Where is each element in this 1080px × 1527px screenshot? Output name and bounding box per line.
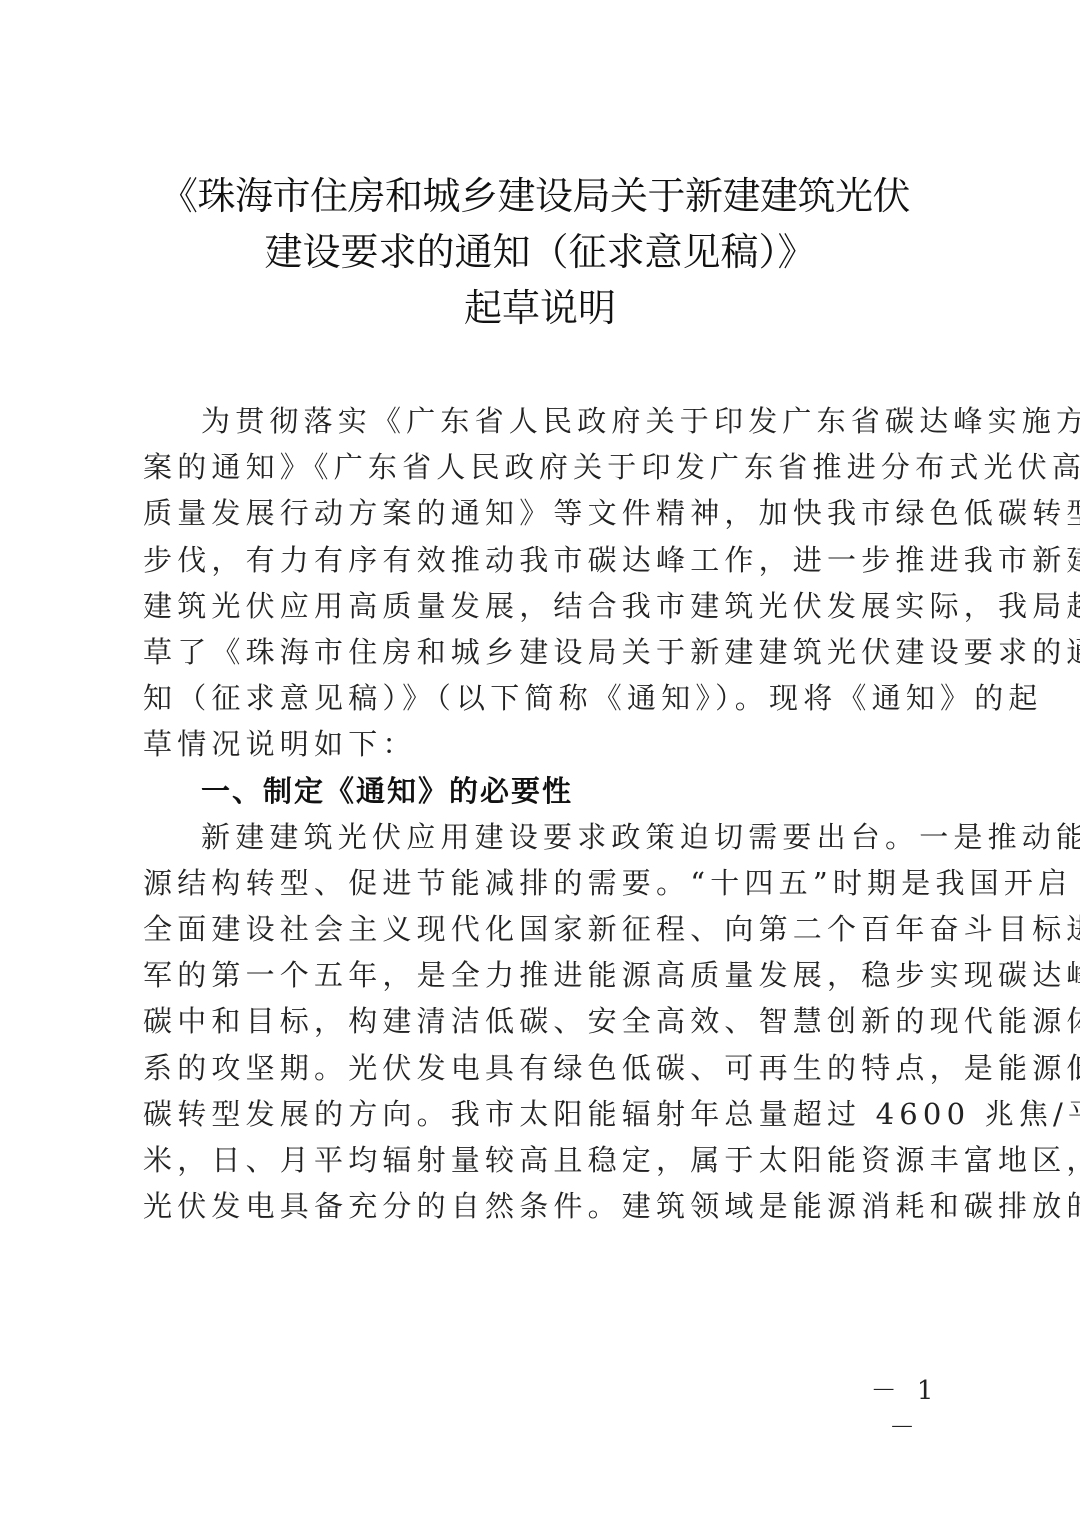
- text-line: 米，日、月平均辐射量较高且稳定，属于太阳能资源丰富地区，: [143, 1137, 943, 1183]
- text-line: 案的通知》《广东省人民政府关于印发广东省推进分布式光伏高: [143, 444, 943, 490]
- title-line-3: 起草说明: [140, 280, 940, 336]
- text-line: 碳中和目标，构建清洁低碳、安全高效、智慧创新的现代能源体: [143, 998, 943, 1044]
- title-line-2: 建设要求的通知（征求意见稿）》: [140, 224, 940, 280]
- text-line: 步伐，有力有序有效推动我市碳达峰工作，进一步推进我市新建: [143, 537, 943, 583]
- text-line: 为贯彻落实《广东省人民政府关于印发广东省碳达峰实施方: [143, 398, 943, 444]
- text-line: 新建建筑光伏应用建设要求政策迫切需要出台。一是推动能: [143, 814, 943, 860]
- page-number: － 1 －: [870, 1370, 940, 1444]
- document-title: 《珠海市住房和城乡建设局关于新建建筑光伏 建设要求的通知（征求意见稿）》 起草说…: [140, 168, 940, 336]
- text-line: 军的第一个五年，是全力推进能源高质量发展，稳步实现碳达峰: [143, 952, 943, 998]
- paragraph-intro: 为贯彻落实《广东省人民政府关于印发广东省碳达峰实施方 案的通知》《广东省人民政府…: [143, 398, 943, 768]
- text-line: 源结构转型、促进节能减排的需要。“十四五”时期是我国开启: [143, 860, 943, 906]
- paragraph-necessity: 新建建筑光伏应用建设要求政策迫切需要出台。一是推动能 源结构转型、促进节能减排的…: [143, 814, 943, 1230]
- text-line: 全面建设社会主义现代化国家新征程、向第二个百年奋斗目标进: [143, 906, 943, 952]
- section-heading: 一、制定《通知》的必要性: [143, 768, 943, 814]
- document-page: 《珠海市住房和城乡建设局关于新建建筑光伏 建设要求的通知（征求意见稿）》 起草说…: [0, 0, 1080, 1527]
- text-line: 草了《珠海市住房和城乡建设局关于新建建筑光伏建设要求的通: [143, 629, 943, 675]
- title-line-1: 《珠海市住房和城乡建设局关于新建建筑光伏: [130, 168, 940, 224]
- text-line: 质量发展行动方案的通知》等文件精神，加快我市绿色低碳转型: [143, 490, 943, 536]
- text-line: 系的攻坚期。光伏发电具有绿色低碳、可再生的特点，是能源低: [143, 1045, 943, 1091]
- document-body: 为贯彻落实《广东省人民政府关于印发广东省碳达峰实施方 案的通知》《广东省人民政府…: [143, 398, 943, 1229]
- text-line: 知（征求意见稿）》（以下简称《通知》）。现将《通知》的起: [143, 675, 943, 721]
- text-line: 草情况说明如下：: [143, 721, 943, 767]
- text-line: 建筑光伏应用高质量发展，结合我市建筑光伏发展实际，我局起: [143, 583, 943, 629]
- text-line: 碳转型发展的方向。我市太阳能辐射年总量超过 4600 兆焦/平方: [143, 1091, 943, 1137]
- text-line: 光伏发电具备充分的自然条件。建筑领域是能源消耗和碳排放的: [143, 1183, 943, 1229]
